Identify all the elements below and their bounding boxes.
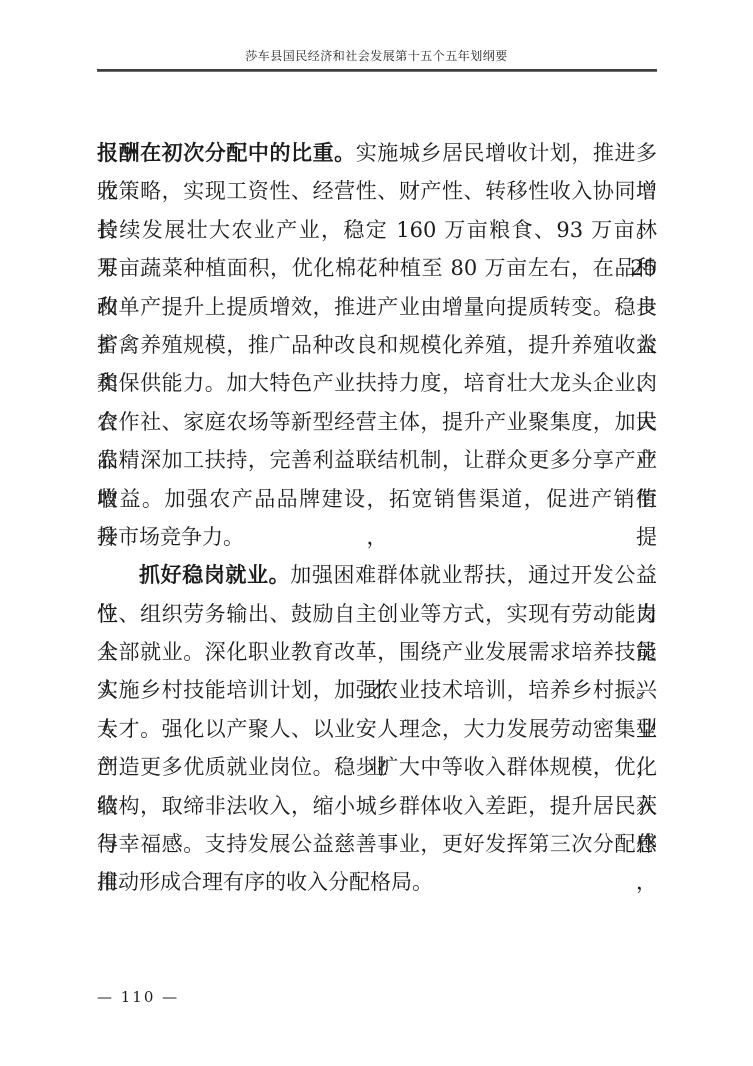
text-line: 和单产提升上提质增效，推进产业由增量向提质转变。稳步扩大 <box>97 288 657 326</box>
text-line: 抓好稳岗就业。加强困难群体就业帮扶，通过开发公益性岗 <box>97 556 657 594</box>
text-line: 位、组织劳务输出、鼓励自主创业等方式，实现有劳动能力人员 <box>97 595 657 633</box>
text-line: 创造更多优质就业岗位。稳步扩大中等收入群体规模，优化收入 <box>97 748 657 786</box>
text-line: 合作社、家庭农场等新型经营主体，提升产业聚集度，加大农产 <box>97 403 657 441</box>
body-text: 报酬在初次分配中的比重。实施城乡居民增收计划，推进多元增收策略，实现工资性、经营… <box>97 134 657 902</box>
header-title: 莎车县国民经济和社会发展第十五个五年划纲要 <box>0 47 753 64</box>
text-line: 畜禽养殖规模，推广品种改良和规模化养殖，提升养殖收益和肉 <box>97 326 657 364</box>
bold-lead-text: 报酬在初次分配中的比重。 <box>97 141 356 165</box>
text-line: 与幸福感。支持发展公益慈善事业，更好发挥第三次分配作用， <box>97 825 657 863</box>
text-line: 实施乡村技能培训计划，加强农业技术培训，培养乡村振兴专业 <box>97 671 657 709</box>
text-line: 持续发展壮大农业产业，稳定 160 万亩粮食、93 万亩林果、25 <box>97 211 657 249</box>
text-line: 品精深加工扶持，完善利益联结机制，让群众更多分享产业增值 <box>97 441 657 479</box>
text-line: 收益。加强农产品品牌建设，拓宽销售渠道，促进产销衔接，提 <box>97 480 657 518</box>
text-line: 类保供能力。加大特色产业扶持力度，培育壮大龙头企业、农民 <box>97 364 657 402</box>
bold-lead-text: 抓好稳岗就业。 <box>139 563 290 587</box>
text-line: 结构，取缔非法收入，缩小城乡群体收入差距，提升居民获得感 <box>97 787 657 825</box>
text-line: 万亩蔬菜种植面积，优化棉花种植至 80 万亩左右，在品种改良 <box>97 249 657 287</box>
text-line: 人才。强化以产聚人、以业安人理念，大力发展劳动密集型产业， <box>97 710 657 748</box>
header-rule <box>97 69 657 72</box>
text-line: 收策略，实现工资性、经营性、财产性、转移性收入协同增长。 <box>97 172 657 210</box>
text-line: 全部就业。深化职业教育改革，围绕产业发展需求培养技能人才。 <box>97 633 657 671</box>
body-text-segment: 推动形成合理有序的收入分配格局。 <box>97 870 433 894</box>
text-line: 报酬在初次分配中的比重。实施城乡居民增收计划，推进多元增 <box>97 134 657 172</box>
page-number: — 110 — <box>97 988 179 1006</box>
body-text-segment: 升市场竞争力。 <box>97 525 244 549</box>
document-page: 莎车县国民经济和社会发展第十五个五年划纲要 报酬在初次分配中的比重。实施城乡居民… <box>0 0 753 1066</box>
